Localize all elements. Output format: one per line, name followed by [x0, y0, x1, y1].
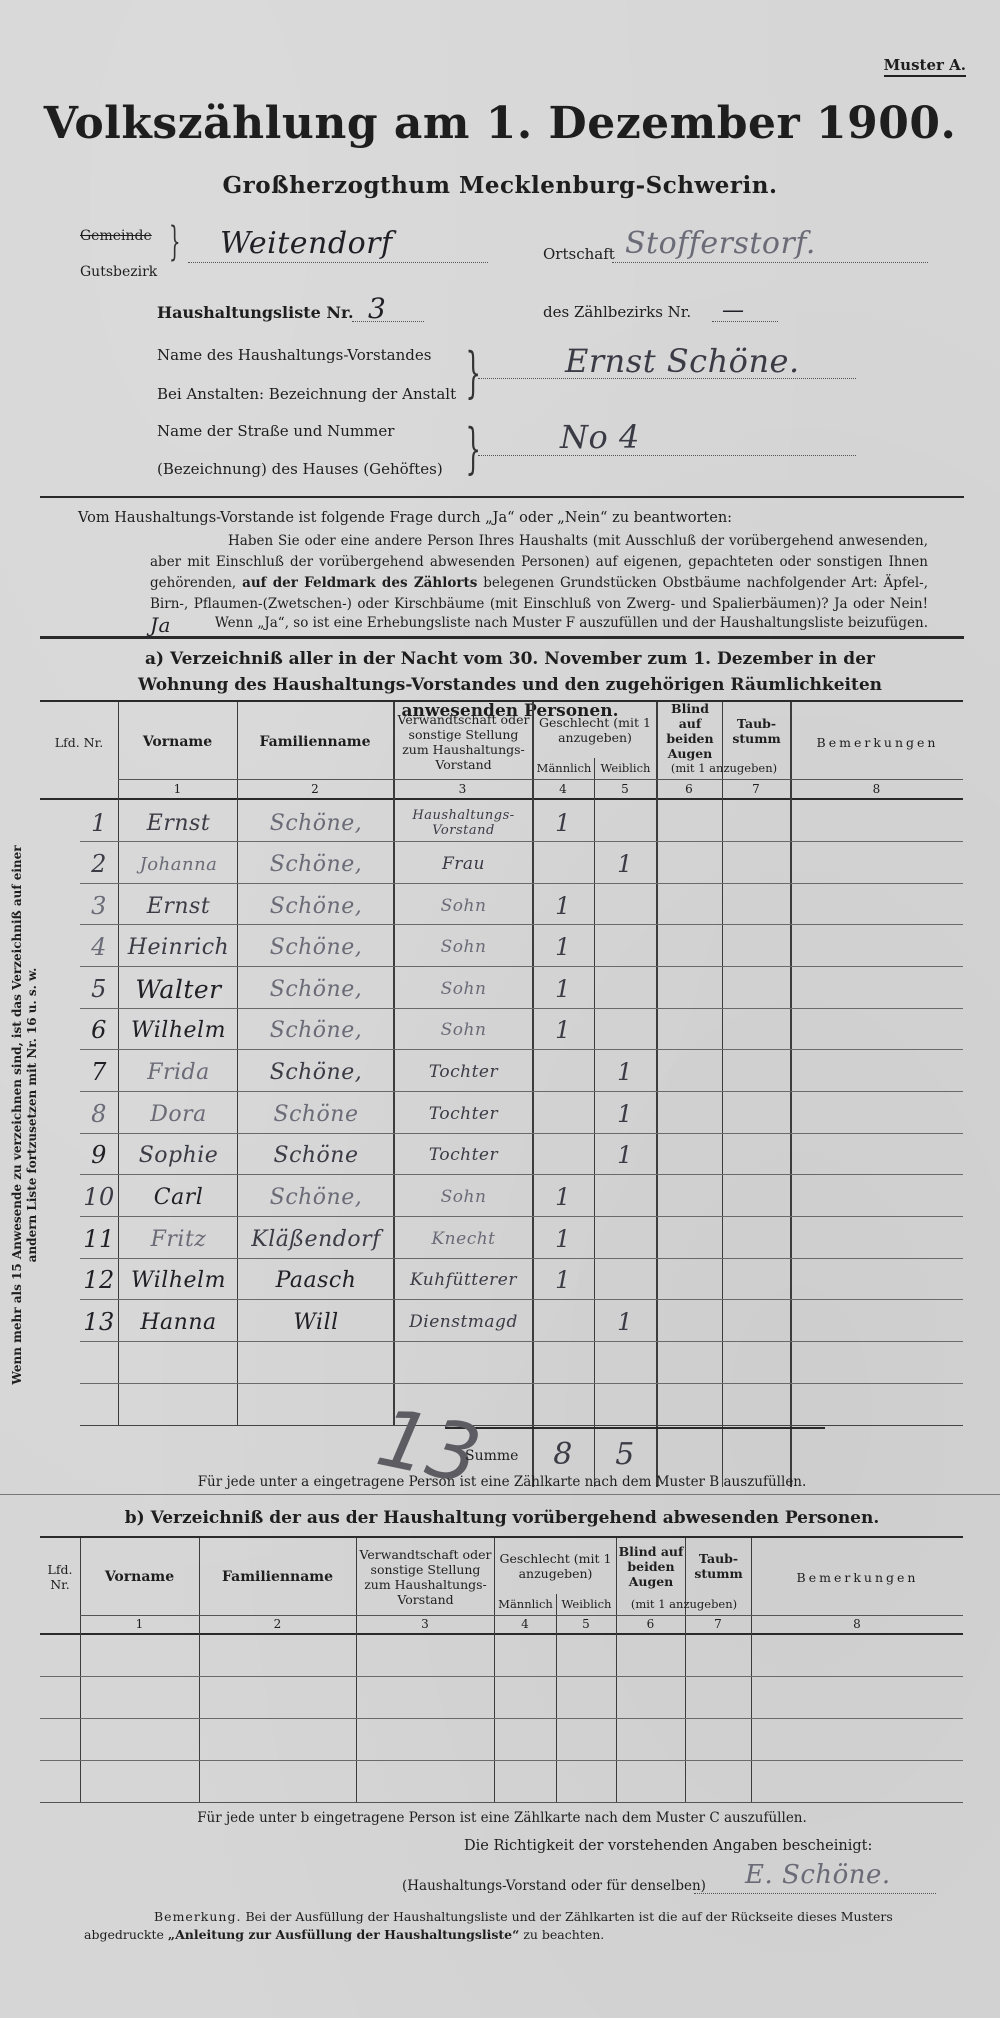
margin-note-line-2: andern Liste fortzusetzen mit Nr. 16 u. …	[25, 845, 40, 1385]
row-line	[80, 1133, 963, 1134]
row-maennlich[interactable]	[532, 1303, 594, 1341]
col-header-vorname: Vorname	[118, 705, 237, 779]
row-line	[80, 1299, 963, 1300]
col-number: 6	[616, 1617, 685, 1631]
liste-label: Haushaltungsliste Nr.	[157, 303, 354, 322]
col-header-geschlecht: Geschlecht (mit 1 anzugeben)	[495, 1540, 616, 1592]
col-header-maennlich: Männlich	[495, 1594, 556, 1614]
zaehlbezirk-label: des Zählbezirks Nr.	[543, 303, 691, 321]
row-line	[80, 1216, 963, 1217]
divider	[40, 636, 964, 639]
row-familienname[interactable]: Schöne,	[239, 1053, 393, 1091]
remark: Bemerkung. Bei der Ausfüllung der Hausha…	[84, 1908, 940, 1944]
signer-label: (Haushaltungs-Vorstand oder für denselbe…	[402, 1878, 706, 1894]
form-label: Muster A.	[884, 56, 966, 77]
row-nr: 3	[80, 887, 118, 925]
col-header-weiblich: Weiblich	[595, 758, 656, 778]
vorstand-value[interactable]: Ernst Schöne.	[565, 342, 800, 380]
strasse-label: Name der Straße und Nummer	[157, 422, 394, 440]
col-number: 2	[237, 782, 393, 796]
col-sep	[790, 702, 792, 1487]
summe-rule	[445, 1427, 825, 1429]
row-vorname[interactable]: Walter	[120, 970, 237, 1008]
row-weiblich[interactable]: 1	[594, 845, 656, 883]
row-nr: 12	[80, 1261, 118, 1299]
row-familienname[interactable]: Schöne,	[239, 1011, 393, 1049]
col-header-maennlich: Männlich	[534, 758, 594, 778]
gemeinde-line	[188, 262, 488, 263]
table-b-top-rule	[40, 1536, 963, 1538]
col-number: 2	[199, 1617, 356, 1631]
col-header-mit1: (mit 1 anzugeben)	[617, 1594, 751, 1614]
header-subrule	[118, 779, 963, 780]
row-nr: 6	[80, 1011, 118, 1049]
table-a-top-rule	[40, 700, 963, 702]
row-line	[40, 1676, 963, 1677]
liste-line	[352, 321, 424, 322]
row-maennlich[interactable]	[532, 1136, 594, 1174]
row-familienname[interactable]: Schöne,	[239, 845, 393, 883]
row-stellung[interactable]: Kuhfütterer	[395, 1261, 532, 1299]
table-b-header-rule	[40, 1633, 963, 1635]
question-note: Wenn „Ja“, so ist eine Erhebungsliste na…	[210, 615, 928, 631]
header-subrule	[80, 1615, 963, 1616]
row-vorname[interactable]: Ernst	[120, 887, 237, 925]
row-maennlich[interactable]	[532, 1053, 594, 1091]
row-stellung[interactable]: Sohn	[395, 1011, 532, 1049]
col-number: 3	[356, 1617, 494, 1631]
gemeinde-value[interactable]: Weitendorf	[220, 226, 393, 261]
ortschaft-value[interactable]: Stofferstorf.	[625, 226, 816, 261]
row-vorname[interactable]: Frida	[120, 1053, 237, 1091]
col-header-bemerkungen: Bemerkungen	[752, 1540, 963, 1614]
haus-label: (Bezeichnung) des Hauses (Gehöftes)	[157, 460, 443, 478]
col-number: 5	[594, 782, 656, 796]
row-weiblich[interactable]	[594, 928, 656, 966]
ortschaft-label: Ortschaft	[543, 245, 615, 263]
row-stellung[interactable]: Tochter	[395, 1053, 532, 1091]
page-subtitle: Großherzogthum Mecklenburg-Schwerin.	[0, 172, 1000, 199]
row-maennlich[interactable]: 1	[532, 970, 594, 1008]
row-nr: 4	[80, 928, 118, 966]
row-vorname[interactable]: Wilhelm	[120, 1011, 237, 1049]
col-number: 8	[751, 1617, 963, 1631]
col-header-familienname: Familienname	[199, 1540, 356, 1614]
remark-bold: „Anleitung zur Ausfüllung der Haushaltun…	[168, 1927, 519, 1942]
row-stellung[interactable]: Frau	[395, 845, 532, 883]
question-body-bold: auf der Feldmark des Zählorts	[242, 575, 477, 591]
row-familienname[interactable]: Schöne,	[239, 970, 393, 1008]
row-maennlich[interactable]: 1	[532, 928, 594, 966]
row-line	[80, 1174, 963, 1175]
row-weiblich[interactable]: 1	[594, 1303, 656, 1341]
row-weiblich[interactable]	[594, 1178, 656, 1216]
divider	[40, 496, 964, 498]
row-weiblich[interactable]	[594, 1011, 656, 1049]
row-vorname[interactable]: Fritz	[120, 1220, 237, 1258]
row-line	[80, 1258, 963, 1259]
row-maennlich[interactable]: 1	[532, 1011, 594, 1049]
section-a-footnote: Für jede unter a eingetragene Person ist…	[40, 1474, 964, 1490]
row-weiblich[interactable]	[594, 970, 656, 1008]
section-b-heading: b) Verzeichniß der aus der Haushaltung v…	[40, 1505, 964, 1531]
row-vorname[interactable]: Ernst	[120, 804, 237, 842]
col-sep	[237, 702, 238, 1425]
section-b-footnote: Für jede unter b eingetragene Person ist…	[40, 1810, 964, 1826]
col-number: 4	[532, 782, 594, 796]
row-familienname[interactable]: Schöne,	[239, 928, 393, 966]
row-vorname[interactable]: Carl	[120, 1178, 237, 1216]
col-sep	[118, 702, 119, 1425]
row-familienname[interactable]: Schöne,	[239, 887, 393, 925]
signature[interactable]: E. Schöne.	[745, 1860, 891, 1890]
row-maennlich[interactable]	[532, 1095, 594, 1133]
remark-label: Bemerkung.	[154, 1909, 241, 1924]
row-stellung[interactable]: Sohn	[395, 1178, 532, 1216]
row-vorname[interactable]: Johanna	[120, 845, 237, 883]
question-intro: Vom Haushaltungs-Vorstande ist folgende …	[78, 510, 732, 526]
row-stellung[interactable]: Dienstmagd	[395, 1303, 532, 1341]
brace: }	[465, 346, 480, 400]
remark-tail: zu beachten.	[523, 1927, 604, 1942]
row-weiblich[interactable]	[594, 1261, 656, 1299]
row-line	[40, 1718, 963, 1719]
col-header-blind: Blind auf beiden Augen	[658, 705, 722, 757]
row-line	[40, 1760, 963, 1761]
col-header-taubstumm: Taub-stumm	[723, 705, 790, 757]
row-line	[80, 966, 963, 967]
row-maennlich[interactable]: 1	[532, 887, 594, 925]
row-line	[80, 1425, 963, 1426]
row-vorname[interactable]: Dora	[120, 1095, 237, 1133]
col-number: 1	[80, 1617, 199, 1631]
row-line	[80, 1049, 963, 1050]
col-number: 7	[685, 1617, 751, 1631]
col-header-weiblich: Weiblich	[557, 1594, 616, 1614]
vorstand-label: Name des Haushaltungs-Vorstandes	[157, 346, 431, 364]
question-answer[interactable]: Ja	[150, 613, 171, 637]
row-familienname[interactable]: Kläßendorf	[239, 1220, 393, 1258]
row-nr: 10	[80, 1178, 118, 1216]
col-sep	[656, 702, 658, 1487]
row-line	[80, 1008, 963, 1009]
brace: }	[169, 222, 180, 262]
col-header-geschlecht: Geschlecht (mit 1 anzugeben)	[534, 705, 656, 755]
brace: }	[465, 422, 480, 476]
table-a-header-rule	[40, 798, 963, 800]
col-header-mit1: (mit 1 anzugeben)	[658, 758, 790, 778]
col-number: 8	[790, 782, 963, 796]
row-familienname[interactable]: Paasch	[239, 1261, 393, 1299]
certification-statement: Die Richtigkeit der vorstehenden Angaben…	[464, 1838, 872, 1854]
row-weiblich[interactable]	[594, 804, 656, 842]
margin-note: Wenn mehr als 15 Anwesende zu verzeichne…	[10, 845, 40, 1385]
margin-note-line-1: Wenn mehr als 15 Anwesende zu verzeichne…	[10, 845, 25, 1385]
row-stellung[interactable]: Knecht	[395, 1220, 532, 1258]
row-maennlich[interactable]: 1	[532, 1220, 594, 1258]
divider	[0, 1494, 1000, 1495]
row-nr: 2	[80, 845, 118, 883]
col-number: 4	[494, 1617, 556, 1631]
row-vorname[interactable]: Wilhelm	[120, 1261, 237, 1299]
row-stellung[interactable]: Tochter	[395, 1095, 532, 1133]
col-number: 1	[118, 782, 237, 796]
row-weiblich[interactable]	[594, 1220, 656, 1258]
row-vorname[interactable]: Hanna	[120, 1303, 237, 1341]
col-header-taubstumm: Taub-stumm	[686, 1540, 751, 1592]
col-number: 5	[556, 1617, 616, 1631]
row-nr: 11	[80, 1220, 118, 1258]
row-line	[80, 1383, 963, 1384]
col-header-nr: Lfd. Nr.	[40, 1540, 80, 1614]
row-nr: 9	[80, 1136, 118, 1174]
row-line	[40, 1802, 963, 1803]
row-nr: 13	[80, 1303, 118, 1341]
col-number: 7	[722, 782, 790, 796]
row-nr: 7	[80, 1053, 118, 1091]
row-stellung[interactable]: Tochter	[395, 1136, 532, 1174]
anstalt-label: Bei Anstalten: Bezeichnung der Anstalt	[157, 385, 456, 403]
row-stellung[interactable]: Sohn	[395, 928, 532, 966]
row-nr: 8	[80, 1095, 118, 1133]
row-maennlich[interactable]: 1	[532, 1261, 594, 1299]
ortschaft-line	[612, 262, 928, 263]
row-maennlich[interactable]: 1	[532, 804, 594, 842]
haus-value[interactable]: No 4	[560, 418, 640, 456]
row-familienname[interactable]: Schöne,	[239, 804, 393, 842]
col-header-familienname: Familienname	[237, 705, 393, 779]
row-line	[80, 883, 963, 884]
row-line	[80, 1341, 963, 1342]
row-stellung[interactable]: Sohn	[395, 887, 532, 925]
page-title: Volkszählung am 1. Dezember 1900.	[0, 98, 1000, 149]
row-familienname[interactable]: Schöne	[239, 1095, 393, 1133]
signature-line	[694, 1893, 936, 1894]
col-number: 3	[393, 782, 532, 796]
col-header-nr: Lfd. Nr.	[40, 705, 118, 779]
row-stellung[interactable]: Haushaltungs-Vorstand	[395, 804, 532, 842]
row-maennlich[interactable]	[532, 845, 594, 883]
col-number: 6	[656, 782, 722, 796]
row-vorname[interactable]: Sophie	[120, 1136, 237, 1174]
liste-value[interactable]: 3	[368, 292, 386, 325]
haus-line	[478, 455, 856, 456]
row-maennlich[interactable]: 1	[532, 1178, 594, 1216]
row-familienname[interactable]: Will	[239, 1303, 393, 1341]
col-header-stellung: Verwandtschaft oder sonstige Stellung zu…	[395, 705, 532, 779]
row-familienname[interactable]: Schöne	[239, 1136, 393, 1174]
row-nr: 1	[80, 804, 118, 842]
gemeinde-label: Gemeinde	[80, 228, 152, 244]
col-header-vorname: Vorname	[80, 1540, 199, 1614]
zaehlbezirk-value[interactable]: —	[722, 298, 745, 323]
col-header-blind: Blind auf beiden Augen	[617, 1540, 685, 1592]
row-familienname[interactable]: Schöne,	[239, 1178, 393, 1216]
row-weiblich[interactable]: 1	[594, 1053, 656, 1091]
row-stellung[interactable]: Sohn	[395, 970, 532, 1008]
row-vorname[interactable]: Heinrich	[120, 928, 237, 966]
col-sep	[722, 702, 723, 1487]
summe-maennlich[interactable]: 8	[532, 1432, 594, 1476]
col-header-bemerkungen: Bemerkungen	[792, 705, 963, 779]
row-weiblich[interactable]	[594, 887, 656, 925]
summe-weiblich[interactable]: 5	[594, 1432, 656, 1476]
row-weiblich[interactable]: 1	[594, 1095, 656, 1133]
row-nr: 5	[80, 970, 118, 1008]
paper-background	[0, 0, 1000, 2018]
row-line	[80, 1091, 963, 1092]
row-weiblich[interactable]: 1	[594, 1136, 656, 1174]
col-header-stellung: Verwandtschaft oder sonstige Stellung zu…	[357, 1540, 494, 1614]
gutsbezirk-label: Gutsbezirk	[80, 264, 157, 280]
summe-label: Summe	[465, 1448, 518, 1464]
